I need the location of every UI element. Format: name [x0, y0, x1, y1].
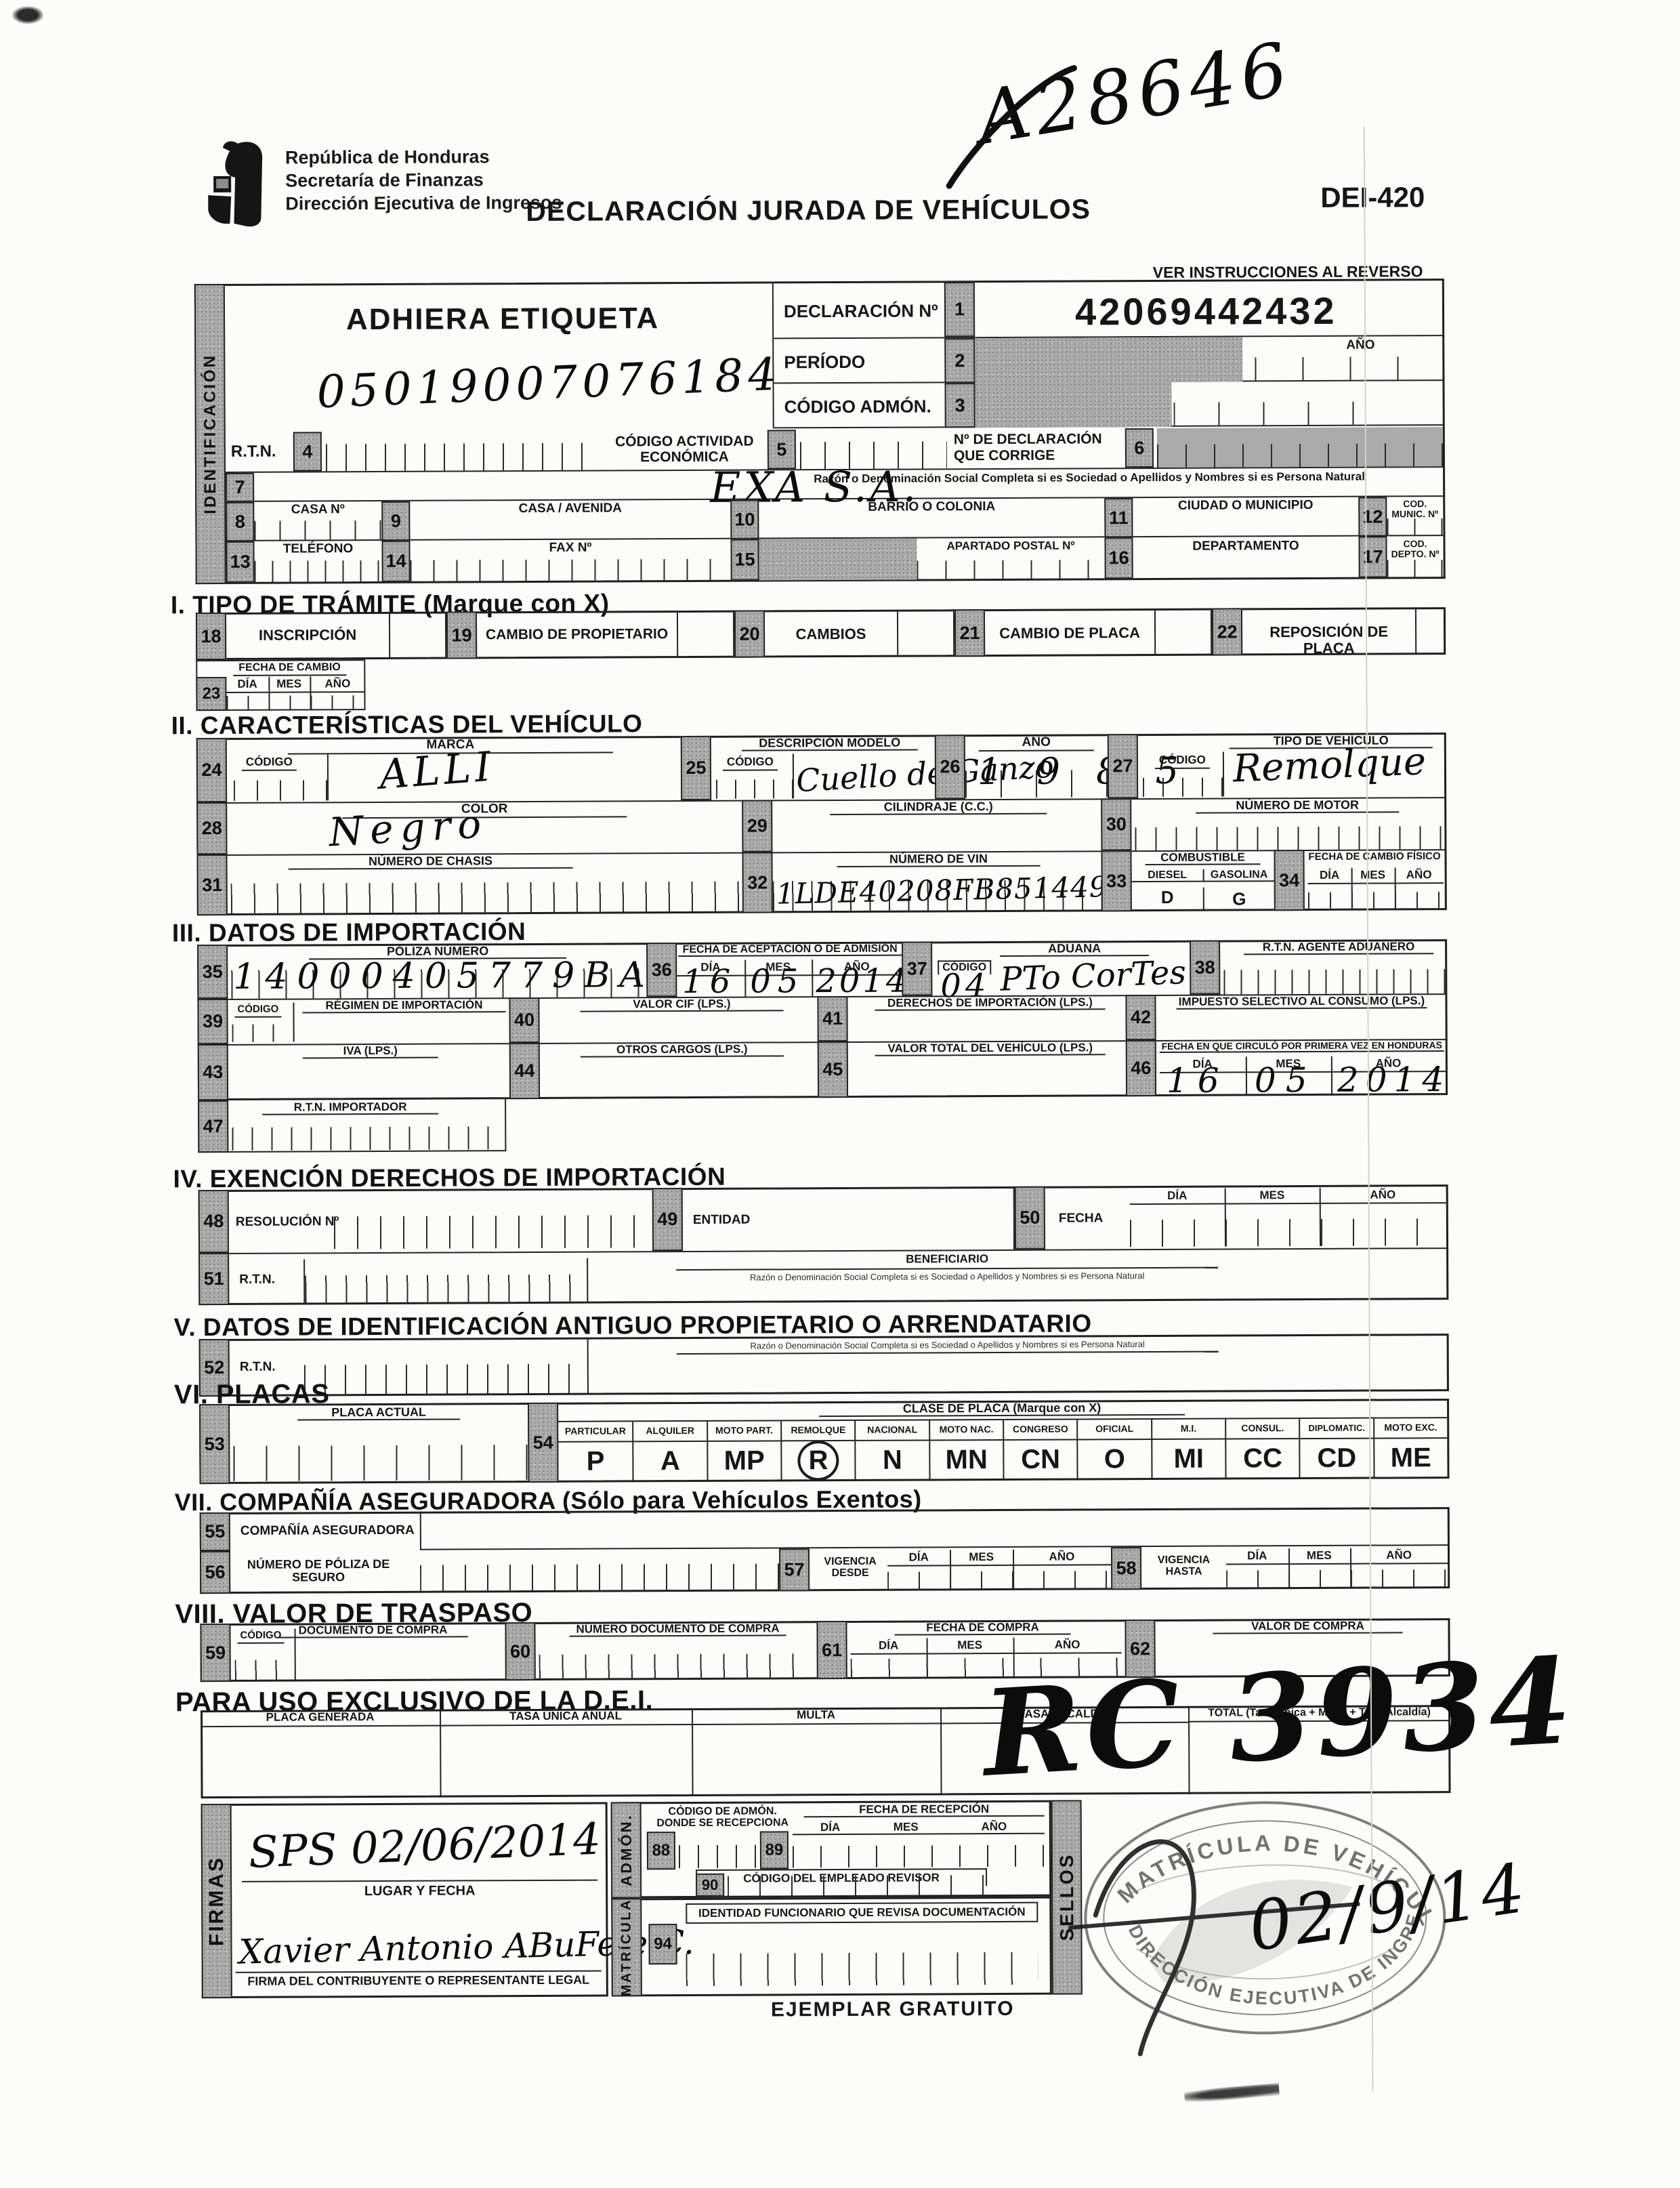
dei-col-tasa-unica: TASA ÚNICA ANUAL [440, 1710, 692, 1727]
field-num-4: 4 [293, 432, 322, 471]
field-num-57-text: 57 [784, 1559, 805, 1580]
tramite-cambios-box [897, 609, 954, 657]
clase-letter: CN [1021, 1445, 1060, 1474]
anio-label: AÑO [944, 1819, 1045, 1835]
clase-col-value: CD [1299, 1439, 1374, 1478]
field-num-53: 53 [199, 1404, 230, 1484]
exencion-fecha-label: FECHA [1059, 1212, 1104, 1226]
firmas-sidebar-label: FIRMAS [205, 1856, 228, 1946]
field-num-11-text: 11 [1109, 508, 1129, 529]
field-num-94: 94 [648, 1924, 677, 1964]
recepciona-cells [679, 1834, 757, 1869]
fax-cell: FAX Nº [410, 539, 730, 582]
field-num-7: 7 [226, 473, 254, 502]
tramite-cambios-label: CAMBIOS [765, 626, 897, 643]
identification-sidebar-label: IDENTIFICACIÓN [201, 354, 220, 514]
aduana-value-handwritten: PTo CorTes [999, 953, 1187, 999]
field-num-9-text: 9 [391, 510, 401, 531]
field-num-20-text: 20 [739, 623, 759, 644]
anio-label: AÑO [979, 735, 1094, 751]
departamento-cell: DEPARTAMENTO [1133, 537, 1358, 579]
rtn-agente-label: R.T.N. AGENTE ADUANERO [1244, 941, 1433, 955]
clase-col-label: ALQUILER [632, 1422, 706, 1442]
tramite-placa-box [1154, 608, 1212, 656]
ciudad-cell: CIUDAD O MUNICIPIO [1133, 497, 1358, 537]
field-num-14: 14 [381, 541, 410, 582]
field-num-45-text: 45 [822, 1059, 843, 1080]
field-num-7-text: 7 [235, 477, 245, 498]
field-num-42: 42 [1125, 995, 1156, 1040]
field-num-35-text: 35 [203, 961, 223, 982]
fecha-fisico-dmy: DÍA MES AÑO [1308, 867, 1444, 909]
anio-label: AÑO [1395, 867, 1444, 884]
beneficiario-label: BENEFICIARIO [812, 1252, 1083, 1266]
entidad-cell [771, 1186, 1015, 1251]
clase-col-value: A [633, 1442, 707, 1481]
field-num-37-text: 37 [907, 958, 927, 979]
apartado-cell: APARTADO POSTAL Nº [917, 537, 1104, 579]
dei-logo [198, 137, 279, 230]
field-num-44-text: 44 [514, 1060, 534, 1081]
field-num-49-text: 49 [657, 1209, 677, 1230]
field-num-44: 44 [509, 1043, 540, 1099]
periodo-anio-cells [1255, 336, 1442, 380]
clase-placa-header: CLASE DE PLACA (Marque con X) [819, 1401, 1185, 1418]
tramite-inscripcion-label: INSCRIPCIÓN [226, 627, 389, 644]
clase-col-label: REMOLQUE [780, 1421, 854, 1441]
identidad-label: IDENTIDAD FUNCIONARIO QUE REVISA DOCUMEN… [686, 1902, 1038, 1924]
field-num-94-text: 94 [654, 1935, 672, 1954]
field-num-2: 2 [944, 338, 975, 383]
clase-letter: CC [1243, 1444, 1282, 1473]
aseguradora-label: COMPAÑÍA ASEGURADORA [240, 1524, 415, 1539]
doc-compra-label: DOCUMENTO DE COMPRA [278, 1624, 467, 1638]
field-num-38-text: 38 [1195, 957, 1215, 978]
field-num-26: 26 [935, 735, 965, 799]
mes-label: MES [1225, 1188, 1320, 1205]
fecha-compra-label: FECHA DE COMPRA [894, 1622, 1070, 1636]
valor-compra-label: VALOR DE COMPRA [1213, 1619, 1402, 1634]
field-num-31: 31 [196, 854, 227, 915]
scan-edge-mark [12, 6, 43, 24]
barrio-cell: BARRIO O COLONIA [759, 498, 1104, 539]
clase-col-label: NACIONAL [854, 1420, 928, 1441]
field-num-19: 19 [446, 611, 477, 659]
avenida-cell: CASA / AVENIDA [410, 500, 730, 541]
departamento-label: DEPARTAMENTO [1133, 537, 1358, 554]
admon-sidebar: ADMÓN. [611, 1802, 642, 1898]
antiguo-rtn-label: R.T.N. [240, 1361, 276, 1375]
declaracion-number-value: 42069442432 [1075, 291, 1337, 333]
field-num-21: 21 [954, 609, 985, 657]
poliza-seguro-label: NÚMERO DE PÓLIZA DE SEGURO [240, 1558, 396, 1585]
field-num-54-text: 54 [533, 1432, 553, 1453]
matricula-sidebar: MATRÍCULA [611, 1898, 642, 1996]
clase-col-value: MP [707, 1441, 781, 1480]
apartado-blocked-area [759, 539, 917, 581]
identidad-cells [686, 1934, 1038, 1986]
cod-admon-blocked-area [975, 382, 1171, 428]
clase-letter: P [587, 1447, 605, 1476]
org-line-1: República de Honduras [285, 145, 562, 169]
matricula-sidebar-label: MATRÍCULA [618, 1899, 635, 1996]
field-num-90: 90 [696, 1874, 724, 1897]
dia-label: DÍA [793, 1820, 868, 1835]
field-num-24: 24 [196, 738, 227, 802]
field-num-50-text: 50 [1020, 1207, 1040, 1229]
field-num-2-text: 2 [954, 350, 965, 371]
field-num-30-text: 30 [1106, 814, 1127, 835]
clase-col-label: MOTO EXC. [1373, 1418, 1447, 1439]
field-num-42-text: 42 [1131, 1007, 1151, 1028]
firma-label: FIRMA DEL CONTRIBUYENTE O REPRESENTANTE … [232, 1974, 605, 1989]
field-num-8-text: 8 [235, 511, 245, 532]
field-num-52-text: 52 [204, 1357, 224, 1378]
cod-admon-label: CÓDIGO ADMÓN. [784, 396, 931, 416]
field-num-13-text: 13 [230, 552, 251, 573]
field-num-60: 60 [505, 1622, 535, 1680]
clase-col-value: N [855, 1441, 929, 1479]
field-num-15-text: 15 [735, 550, 755, 571]
org-line-2: Secretaría de Finanzas [285, 168, 562, 192]
clase-col-value: O [1077, 1440, 1152, 1479]
tramite-placa-label: CAMBIO DE PLACA [985, 625, 1154, 642]
divider [1331, 1056, 1332, 1096]
field-num-45: 45 [818, 1041, 848, 1098]
field-num-12: 12 [1358, 497, 1387, 536]
clase-col-label: MOTO PART. [707, 1421, 780, 1441]
regimen-codigo-cells [232, 1003, 294, 1042]
field-num-24-text: 24 [201, 760, 222, 781]
field-num-18-text: 18 [201, 625, 221, 646]
combustible-cell: COMBUSTIBLE DIESEL GASOLINA D G [1131, 850, 1274, 911]
rtn-importador-cells [232, 1117, 503, 1151]
field-num-88: 88 [647, 1832, 675, 1870]
field-num-38: 38 [1190, 941, 1220, 995]
clase-letter: MI [1173, 1445, 1204, 1474]
field-num-61-text: 61 [822, 1640, 842, 1661]
clase-col-value-marked: R [780, 1441, 855, 1480]
exencion-fecha-cells [1130, 1205, 1446, 1247]
field-num-34: 34 [1274, 850, 1304, 911]
clase-letter: CD [1317, 1444, 1356, 1473]
declaracion-label: DECLARACIÓN Nº [784, 301, 938, 321]
field-num-51-text: 51 [204, 1268, 224, 1289]
field-num-89: 89 [760, 1831, 789, 1869]
combustible-gasolina-value: G [1203, 887, 1274, 911]
field-num-6: 6 [1125, 428, 1154, 468]
field-num-26-text: 26 [940, 756, 960, 777]
clase-letter: MN [946, 1445, 988, 1474]
corrige-label: Nº DE DECLARACIÓN QUE CORRIGE [954, 431, 1123, 464]
aduana-label: ADUANA [1000, 942, 1149, 957]
field-num-31-text: 31 [202, 874, 222, 895]
field-num-50: 50 [1015, 1186, 1045, 1250]
tramite-propietario-box [677, 611, 734, 658]
clase-col-value: MI [1151, 1440, 1225, 1479]
hasta-dmy: DÍA MES AÑO [1226, 1548, 1448, 1588]
poliza-value-handwritten: 14000405779BA [233, 955, 654, 997]
dia-label: DÍA [1130, 1189, 1225, 1205]
poliza-seguro-cells [420, 1552, 779, 1590]
mes-label: MES [268, 676, 310, 693]
apartado-label: APARTADO POSTAL Nº [917, 537, 1104, 553]
ejemplar-gratuito-label: EJEMPLAR GRATUITO [771, 1998, 1015, 2021]
field-num-51: 51 [198, 1253, 229, 1305]
vigencia-desde-label: VIGENCIA DESDE [813, 1556, 887, 1580]
circulo-mes-handwritten: 05 [1255, 1060, 1317, 1100]
casa-cell: CASA Nº [254, 501, 381, 541]
dia-label: DÍA [226, 677, 268, 693]
clase-col-label: MOTO NAC. [929, 1420, 1003, 1441]
clase-col-label: DIPLOMATIC. [1299, 1419, 1372, 1439]
lugar-fecha-label: LUGAR Y FECHA [242, 1884, 597, 1900]
field-num-18: 18 [196, 613, 226, 660]
field-num-13: 13 [226, 541, 254, 583]
aseguradora-cell [420, 1507, 1450, 1550]
scanned-form-page: A28646 República de Honduras Secretaría … [0, 0, 1680, 2188]
field-num-1: 1 [944, 282, 975, 337]
field-num-40-text: 40 [514, 1010, 534, 1031]
form-code: DEI-420 [1320, 182, 1425, 213]
field-num-21-text: 21 [959, 623, 980, 644]
field-num-43: 43 [198, 1044, 228, 1100]
clase-letter: ME [1391, 1443, 1431, 1472]
otros-label: OTROS CARGOS (LPS.) [581, 1043, 784, 1058]
anio-label: AÑO [1013, 1549, 1111, 1566]
field-num-17: 17 [1358, 536, 1387, 577]
divider [1245, 1056, 1246, 1096]
fecha-cambio-label: FECHA DE CAMBIO [233, 661, 346, 676]
fecha-acept-dmy: DÍA MES AÑO 16 05 2014 [677, 959, 902, 997]
field-num-33: 33 [1101, 850, 1131, 911]
dei-col-placa-generada: PLACA GENERADA [201, 1711, 440, 1728]
tramite-propietario-label: CAMBIO DE PROPIETARIO [477, 627, 677, 643]
clase-let: N [883, 1446, 902, 1475]
num-doc-cells [539, 1640, 814, 1679]
mes-label: MES [1288, 1548, 1351, 1565]
fecha-fisico-label: FECHA DE CAMBIO FÍSICO [1304, 851, 1444, 863]
rtn-label: R.T.N. [231, 443, 276, 461]
field-num-54: 54 [528, 1403, 559, 1483]
rtn-agente-cells [1223, 957, 1445, 994]
field-num-48-text: 48 [203, 1211, 224, 1232]
field-num-55: 55 [200, 1512, 230, 1551]
marca-value-handwritten: ALLI [378, 743, 497, 798]
divider [744, 960, 746, 997]
anio-label: AÑO [1013, 1637, 1122, 1654]
field-num-57: 57 [779, 1548, 810, 1591]
field-num-19-text: 19 [451, 625, 471, 646]
field-num-16-text: 16 [1108, 548, 1129, 569]
cod-munic-cell: COD. MUNIC. Nº [1387, 497, 1443, 536]
field-num-23: 23 [196, 677, 226, 711]
color-value-handwritten: Negro [328, 800, 489, 855]
divider [812, 959, 813, 996]
anio-label: AÑO [310, 676, 365, 693]
field-num-39: 39 [197, 999, 228, 1044]
circulo-dmy: DÍA MES AÑO 16 05 2014 [1160, 1056, 1446, 1096]
modelo-label: DESCRIPCIÓN MODELO [742, 737, 918, 752]
field-num-59: 59 [200, 1624, 230, 1682]
rtn-importador-label: R.T.N. IMPORTADOR [262, 1101, 438, 1115]
clase-col-value: CC [1225, 1439, 1299, 1478]
identification-sidebar: IDENTIFICACIÓN [194, 284, 226, 584]
field-num-25-text: 25 [686, 758, 706, 779]
clase-col-value: ME [1373, 1439, 1448, 1477]
clase-col-label: M.I. [1151, 1420, 1225, 1440]
cod-depto-label: COD. DEPTO. Nº [1387, 536, 1443, 560]
field-num-1-text: 1 [954, 299, 965, 320]
regimen-label: RÉGIMEN DE IMPORTACIÓN [302, 999, 505, 1014]
motor-cells [1135, 815, 1444, 850]
field-num-61: 61 [816, 1621, 847, 1679]
field-num-29-text: 29 [747, 815, 768, 836]
field-num-36-text: 36 [652, 959, 672, 981]
field-num-90-text: 90 [702, 1876, 719, 1894]
circulo-dia-handwritten: 16 [1167, 1061, 1229, 1100]
placa-actual-label: PLACA ACTUAL [297, 1405, 460, 1420]
motor-label: NÚMERO DE MOTOR [1196, 798, 1399, 814]
tramite-reposicion-label: REPOSICIÓN DE PLACA [1242, 623, 1415, 657]
field-num-9: 9 [381, 501, 410, 541]
field-num-88-text: 88 [652, 1841, 670, 1860]
org-name-block: República de Honduras Secretaría de Fina… [285, 145, 562, 215]
cae-label: CÓDIGO ACTIVIDAD ECONÓMICA [605, 434, 764, 465]
form-title: DECLARACIÓN JURADA DE VEHÍCULOS [526, 194, 1091, 226]
combustible-diesel-value: D [1132, 888, 1203, 907]
field-num-6-text: 6 [1134, 438, 1144, 459]
field-num-55-text: 55 [205, 1521, 225, 1542]
clase-letter: A [660, 1447, 680, 1476]
field-num-4-text: 4 [302, 441, 312, 462]
clase-col-label: OFICIAL [1076, 1420, 1150, 1440]
adhiera-label: ADHIERA ETIQUETA [293, 302, 713, 336]
dei-col-multa: MULTA [692, 1708, 940, 1725]
mes-label: MES [1351, 867, 1395, 884]
clase-col-label: CONSUL. [1225, 1419, 1299, 1439]
field-num-41-text: 41 [822, 1008, 843, 1029]
recepcion-dmy: DÍA MES AÑO [793, 1819, 1045, 1868]
field-num-89-text: 89 [765, 1840, 783, 1859]
fecha-cambio-dmy: DÍA MES AÑO [226, 676, 365, 711]
fecha-acept-mes-handwritten: 05 [750, 962, 805, 1000]
tipo-value-handwritten: Remolque [1232, 739, 1427, 791]
dia-label: DÍA [887, 1550, 950, 1566]
field-num-32: 32 [742, 852, 772, 913]
field-num-10: 10 [730, 500, 759, 539]
revisor-cells [728, 1872, 985, 1897]
field-num-56: 56 [200, 1551, 230, 1594]
iva-label: IVA (LPS.) [303, 1045, 438, 1059]
field-num-56-text: 56 [205, 1562, 226, 1583]
tipo-codigo-cells [1143, 752, 1224, 798]
ink-smudge [1184, 2083, 1280, 2103]
anio-label: AÑO [1350, 1548, 1448, 1565]
field-num-20: 20 [734, 610, 765, 657]
field-num-28: 28 [196, 802, 227, 854]
field-num-16: 16 [1104, 537, 1133, 579]
valor-cif-label: VALOR CIF (LPS.) [580, 997, 783, 1012]
fecha-recepcion-label: FECHA DE RECEPCIÓN [804, 1803, 1045, 1818]
circulo-anio-handwritten: 2014 [1337, 1060, 1451, 1100]
cod-admon-cells [1173, 383, 1356, 426]
field-num-10-text: 10 [734, 509, 755, 530]
dia-label: DÍA [1308, 868, 1351, 884]
num-doc-label: NÚMERO DOCUMENTO DE COMPRA [569, 1622, 786, 1637]
dia-label: DÍA [1226, 1548, 1288, 1565]
field-num-41: 41 [817, 996, 847, 1041]
field-num-40: 40 [509, 997, 539, 1043]
field-num-28-text: 28 [202, 818, 222, 839]
field-num-22-text: 22 [1217, 621, 1237, 642]
field-num-23-text: 23 [203, 684, 221, 703]
derechos-label: DERECHOS DE IMPORTACIÓN (LPS.) [875, 996, 1105, 1011]
field-num-22: 22 [1212, 608, 1242, 655]
vin-label: NÚMERO DE VIN [837, 852, 1040, 868]
field-num-27: 27 [1108, 734, 1138, 798]
fecha-acept-label: FECHA DE ACEPTACIÓN O DE ADMISIÓN [678, 943, 902, 957]
telefono-cell: TELÉFONO [254, 541, 381, 583]
field-num-46-text: 46 [1131, 1058, 1151, 1079]
firmas-sidebar: FIRMAS [201, 1804, 232, 1998]
field-num-3: 3 [944, 383, 975, 428]
recepciona-label: CÓDIGO DE ADMÓN. DONDE SE RECEPCIONA [648, 1805, 797, 1829]
circulo-label: FECHA EN QUE CIRCULÓ POR PRIMERA VEZ EN … [1160, 1040, 1444, 1053]
field-num-11: 11 [1104, 498, 1133, 537]
field-num-58: 58 [1111, 1547, 1141, 1590]
desde-dmy: DÍA MES AÑO [887, 1549, 1111, 1589]
recepcion-cells [793, 1836, 1045, 1868]
field-num-43-text: 43 [203, 1062, 223, 1083]
cilindraje-label: CILINDRAJE (C.C.) [830, 800, 1047, 816]
barrio-label: BARRIO O COLONIA [759, 498, 1104, 515]
field-num-25: 25 [681, 736, 711, 800]
field-num-27-text: 27 [1112, 756, 1133, 777]
field-num-59-text: 59 [205, 1642, 226, 1663]
field-num-58-text: 58 [1116, 1558, 1137, 1579]
combustible-gasolina-label: GASOLINA [1203, 869, 1274, 882]
field-num-46: 46 [1126, 1040, 1156, 1096]
field-num-34-text: 34 [1279, 870, 1299, 891]
vigencia-hasta-label: VIGENCIA HASTA [1145, 1554, 1223, 1578]
clase-col-label: CONGRESO [1003, 1420, 1076, 1440]
cod-depto-cell: COD. DEPTO. Nº [1387, 536, 1443, 577]
field-num-5-text: 5 [776, 439, 786, 460]
resolucion-cells [334, 1193, 652, 1249]
chasis-label: NÚMERO DE CHASIS [289, 854, 573, 870]
anio-label: AÑO [1320, 1187, 1446, 1204]
periodo-blocked-area [975, 337, 1242, 383]
flourish-stroke [935, 60, 1085, 189]
chasis-cells [231, 871, 742, 913]
beneficiario-rtn-cells [303, 1258, 588, 1303]
field-num-39-text: 39 [203, 1011, 223, 1032]
mes-label: MES [950, 1550, 1012, 1566]
field-num-49: 49 [652, 1188, 683, 1251]
clase-col-value: MN [929, 1441, 1003, 1479]
field-num-37: 37 [902, 941, 932, 995]
combustible-diesel-label: DIESEL [1132, 869, 1203, 883]
placa-actual-cells [233, 1424, 528, 1481]
dia-label: DÍA [851, 1638, 927, 1654]
clase-letter: O [1104, 1445, 1125, 1474]
ciudad-label: CIUDAD O MUNICIPIO [1133, 497, 1358, 514]
beneficiario-rtn-label: R.T.N. [239, 1273, 275, 1287]
section-2-title: II. CARACTERÍSTICAS DEL VEHÍCULO [171, 709, 643, 740]
clase-col-value: CN [1003, 1440, 1077, 1479]
clase-letter: MP [724, 1446, 765, 1475]
